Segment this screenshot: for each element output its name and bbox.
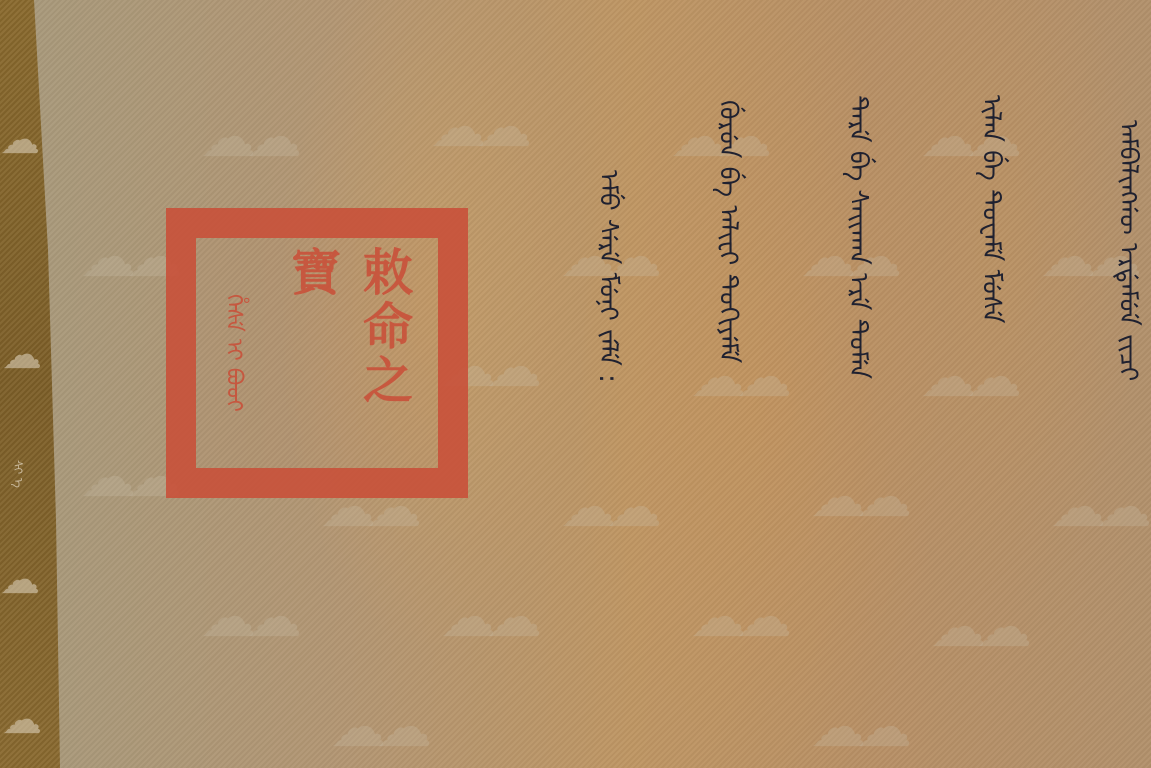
border-cloud-icon: ☁ (2, 335, 36, 375)
manchu-text-column-4: ᡤᡠᡵᡠᠨ ᠪᡝ ᠠᠯᡳᡶᡳ ᡨᡠᡴᡳᠶᡝᠮᡝ (705, 100, 751, 363)
imperial-seal: 敕命之寶 ᡥᡝᠰᡝ ᡳ ᠪᠣᠣᡳ (166, 208, 468, 498)
border-cloud-icon: ☁ (0, 120, 34, 160)
cloud-pattern: ☁☁ (690, 590, 782, 646)
cloud-pattern: ☁☁ (810, 470, 902, 526)
seal-manchu-text: ᡥᡝᠰᡝ ᡳ ᠪᠣᠣᡳ (214, 246, 252, 460)
seal-han-characters: 敕命之寶 (276, 246, 420, 460)
border-faint-text: ᠰᡳ ᡝ (8, 460, 29, 488)
cloud-pattern: ☁☁ (1050, 480, 1142, 536)
cloud-pattern: ☁☁ (560, 480, 652, 536)
border-cloud-icon: ☁ (0, 560, 34, 600)
cloud-pattern: ☁☁ (920, 350, 1012, 406)
manchu-text-column-5: ᡝᠮᡠ ᠰᡝᡵᡝ ᠮᡠᠨᡳ ᠵᡝᠯᡝ : (585, 170, 631, 383)
cloud-pattern: ☁☁ (430, 100, 522, 156)
manchu-text-column-2: ᡳᠯᠠᠨ ᠪᡝ ᡨᡠᠸᠠᠮᡝ ᠮᡠᠰᡝ (968, 95, 1014, 324)
cloud-pattern: ☁☁ (80, 230, 172, 286)
border-cloud-icon: ☁ (2, 700, 36, 740)
cloud-pattern: ☁☁ (440, 590, 532, 646)
cloud-pattern: ☁☁ (200, 110, 292, 166)
cloud-pattern: ☁☁ (930, 600, 1022, 656)
manchu-text-column-3: ᡨᡝᡵᡝ ᠪᡝ ᠰᠠᡳᡴᠠᠨ ᡝᡵᡝ ᡨᡠᠮᡝᠨ (835, 95, 881, 379)
manchu-text-column-1: ᠠᠮᠪᠠᠯᡳᠩᡤᡡ ᡝᡵᡩᡝᠮᡠᡝ ᠵᡳᠴᡳ (1105, 120, 1151, 381)
cloud-pattern: ☁☁ (200, 590, 292, 646)
cloud-pattern: ☁☁ (80, 450, 172, 506)
cloud-pattern: ☁☁ (810, 700, 902, 756)
cloud-pattern: ☁☁ (330, 700, 422, 756)
